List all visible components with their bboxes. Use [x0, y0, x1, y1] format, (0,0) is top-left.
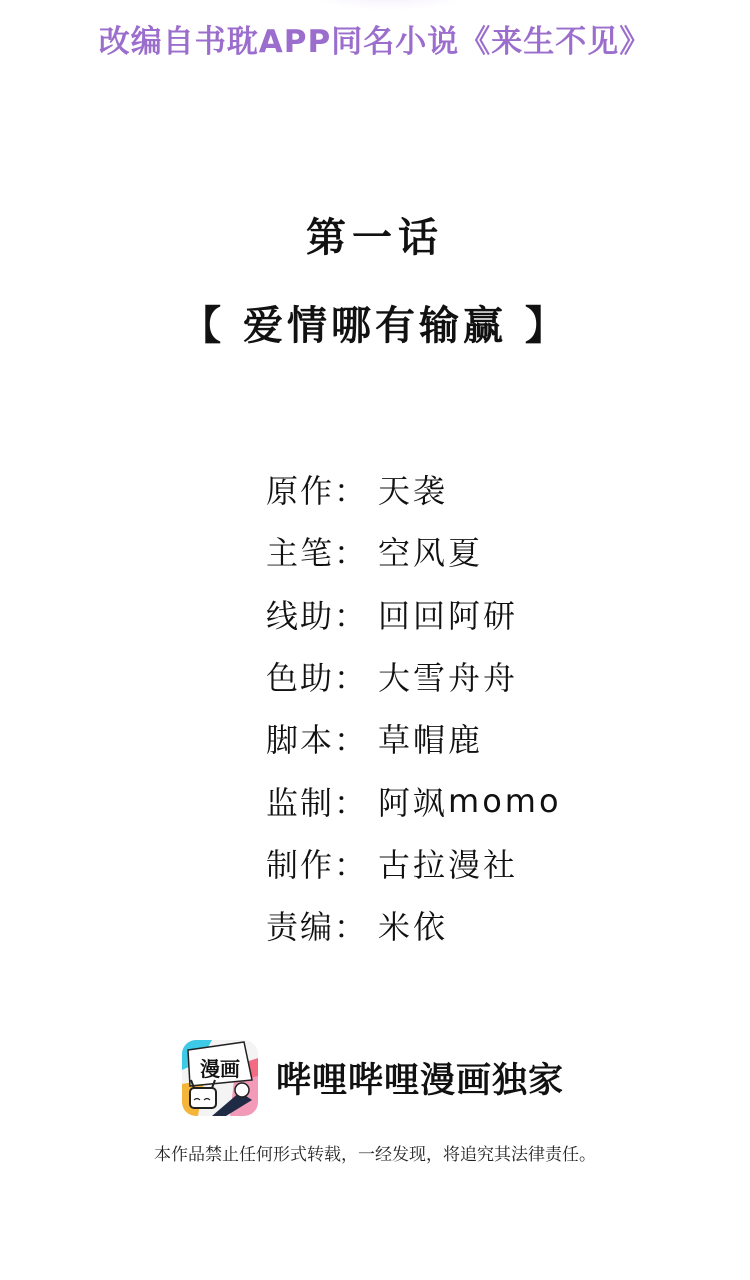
credit-role: 主笔：: [266, 528, 378, 574]
credit-role: 原作：: [266, 466, 378, 512]
credit-role: 制作：: [266, 840, 378, 886]
credit-row-color-assistant: 色助： 大雪 舟舟: [266, 645, 686, 707]
credit-row-production: 制作： 古拉漫社: [266, 832, 686, 894]
brand-block: 漫画 哔哩哔哩漫画独家: [182, 1040, 564, 1116]
brand-label: 哔哩哔哩漫画独家: [276, 1053, 564, 1103]
credit-role: 监制：: [266, 778, 378, 824]
credits-list: 原作： 天袭 主笔： 空风夏 线助： 回回 阿研 色助： 大雪 舟舟 脚本： 草…: [266, 458, 686, 956]
credit-name: 草帽鹿: [378, 715, 483, 761]
credit-row-editor: 责编： 米依: [266, 894, 686, 956]
credit-name: 舟舟: [448, 653, 518, 699]
credit-name: 阿飒: [378, 778, 448, 824]
credit-role: 线助：: [266, 591, 378, 637]
top-glow-decoration: [300, 0, 480, 10]
credit-role: 责编：: [266, 902, 378, 948]
credit-name: 大雪: [378, 653, 448, 699]
chapter-title: 【 爱情哪有输赢 】: [0, 294, 750, 351]
credit-role: 色助：: [266, 653, 378, 699]
credit-name: 阿研: [448, 591, 518, 637]
svg-text:漫画: 漫画: [200, 1057, 240, 1081]
bilibili-comics-app-icon: 漫画: [182, 1040, 258, 1116]
credit-name: 古拉漫社: [378, 840, 518, 886]
adaptation-note: 改编自书耽APP同名小说《来生不见》: [0, 16, 750, 61]
credit-name: 米依: [378, 902, 448, 948]
credit-row-lead-artist: 主笔： 空风夏: [266, 520, 686, 582]
chapter-number: 第一话: [0, 206, 750, 263]
credit-name: 空风夏: [378, 528, 483, 574]
credit-row-script: 脚本： 草帽鹿: [266, 707, 686, 769]
credit-name: 天袭: [378, 466, 448, 512]
credit-row-line-assistant: 线助： 回回 阿研: [266, 583, 686, 645]
credit-row-original-author: 原作： 天袭: [266, 458, 686, 520]
copyright-notice: 本作品禁止任何形式转载，一经发现，将追究其法律责任。: [0, 1140, 750, 1165]
credit-row-supervisor: 监制： 阿飒 momo: [266, 769, 686, 831]
credit-name: 回回: [378, 591, 448, 637]
credit-role: 脚本：: [266, 715, 378, 761]
credit-name: momo: [448, 782, 562, 820]
